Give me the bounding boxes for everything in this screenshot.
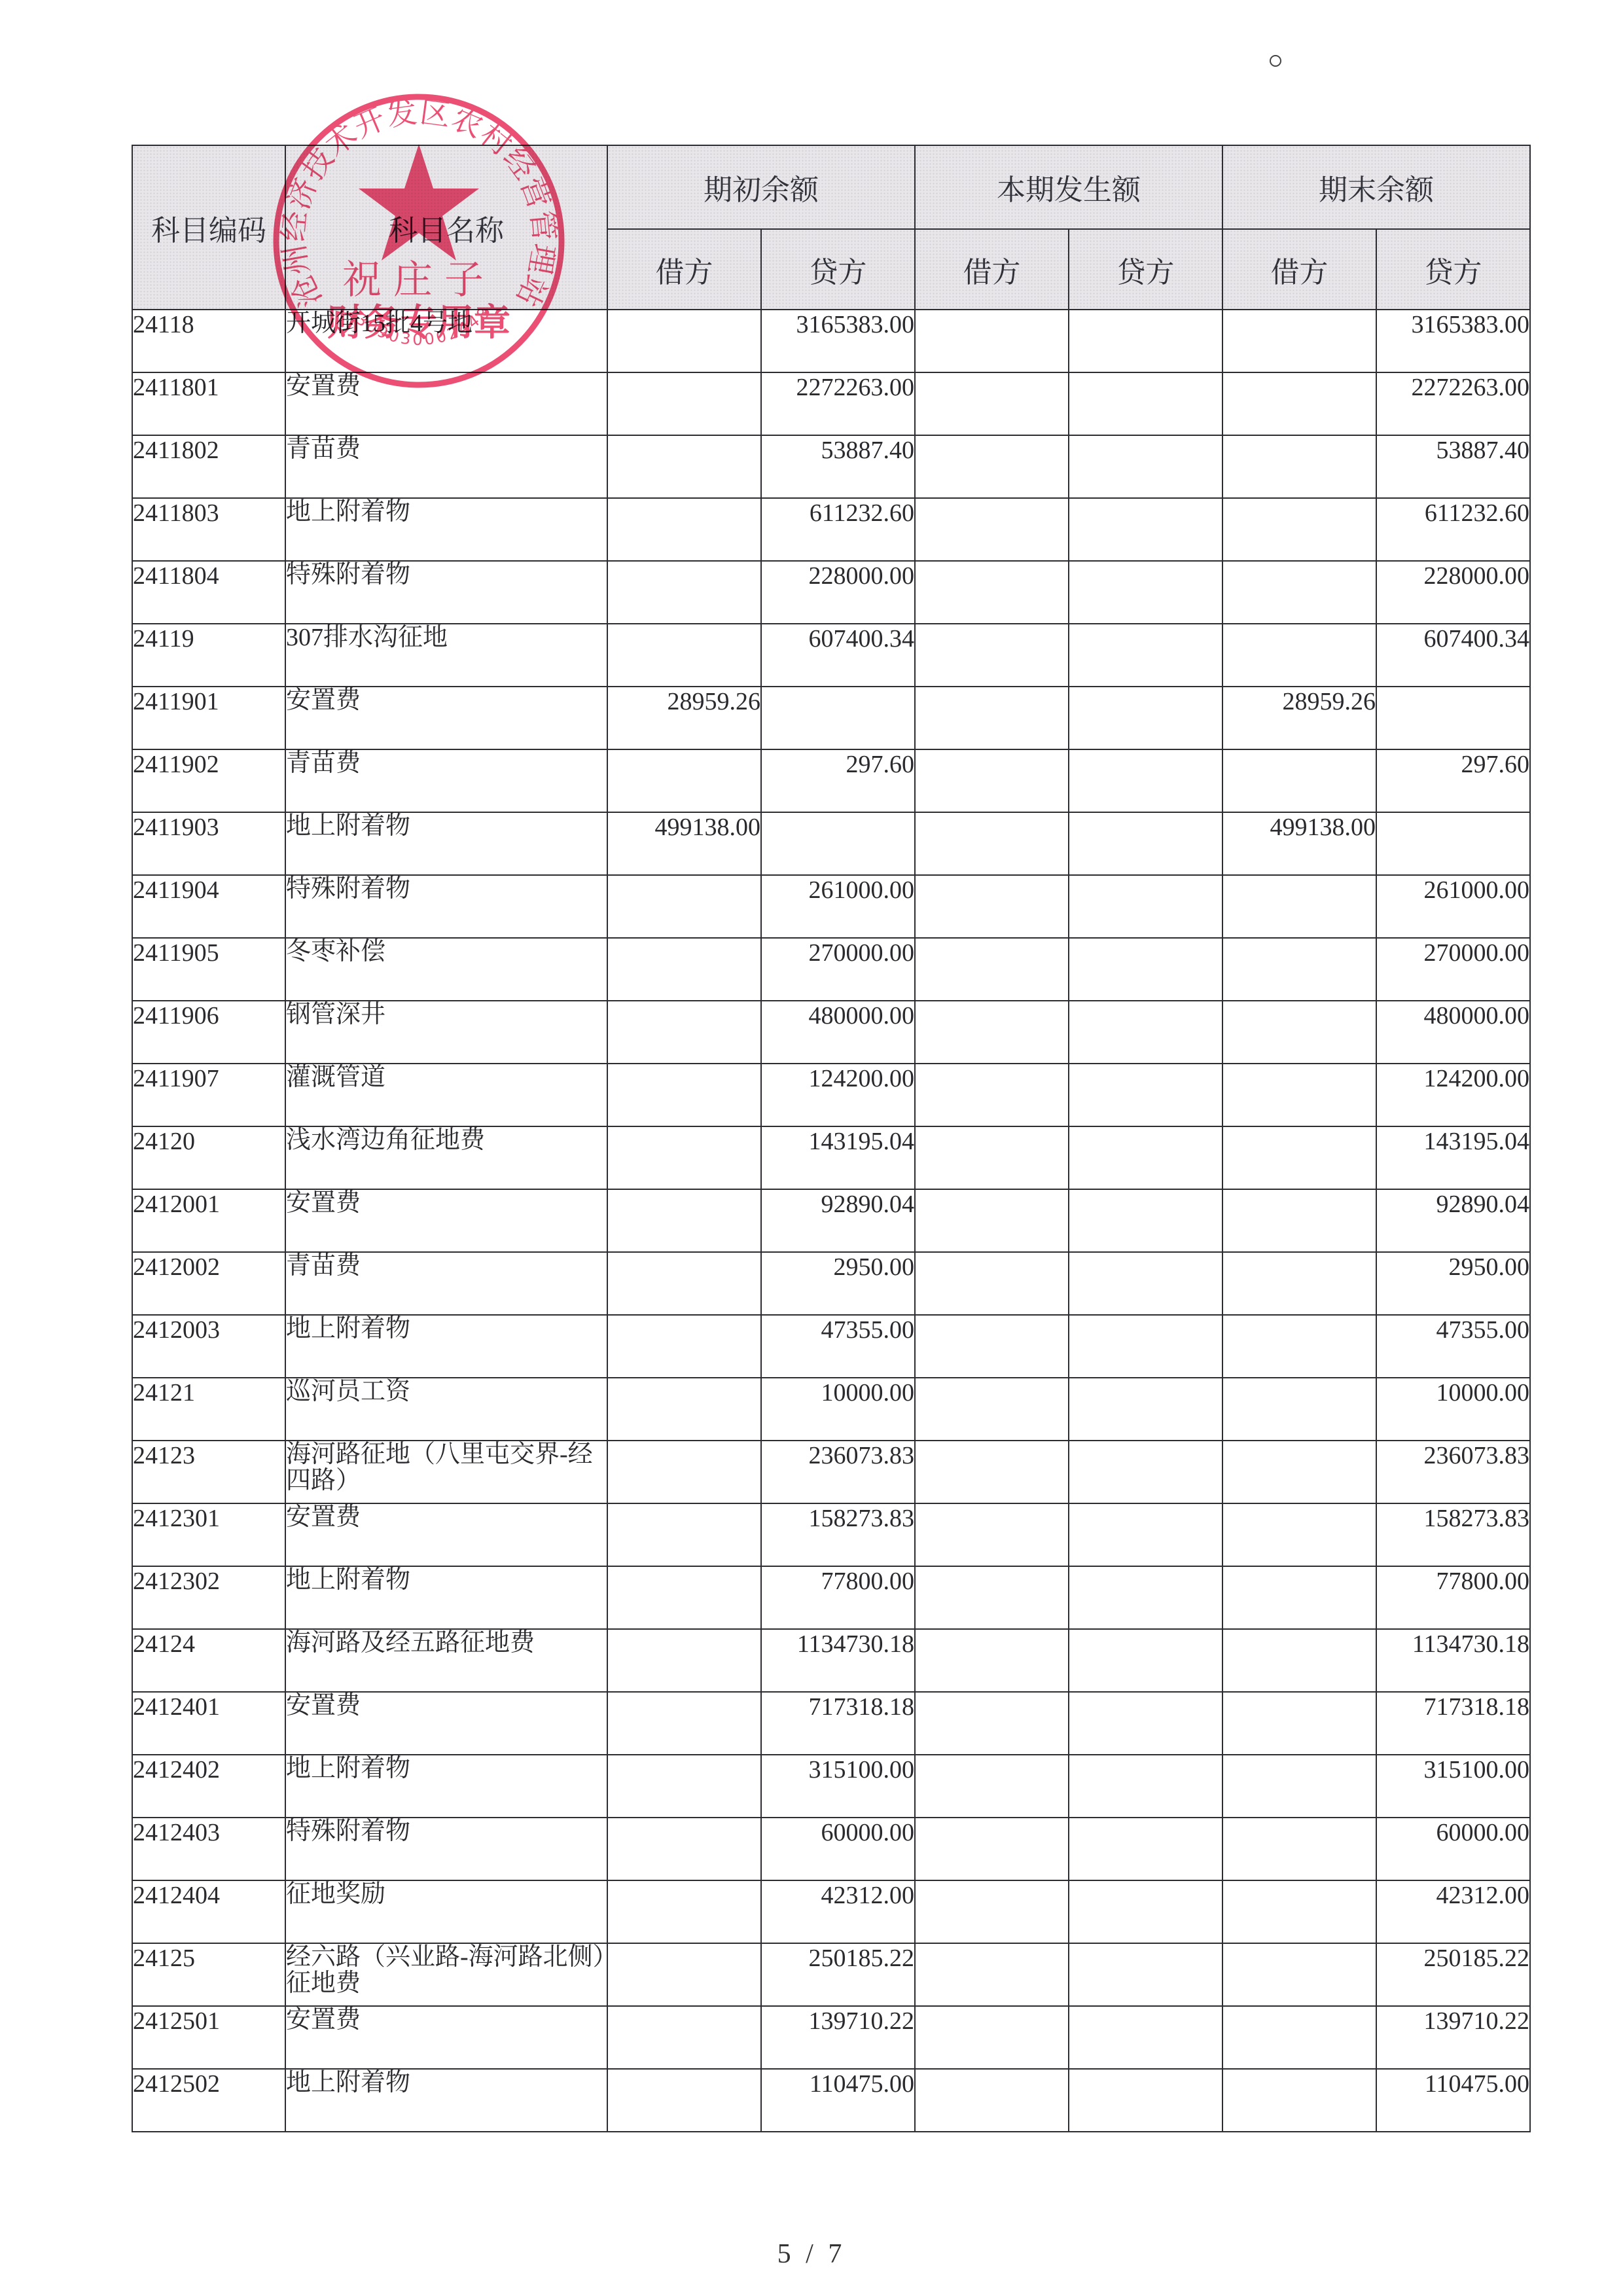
header-opening-credit: 贷方 (761, 229, 915, 310)
opening-credit-cell: 2950.00 (761, 1252, 915, 1315)
table-row: 2412002青苗费2950.002950.00 (132, 1252, 1530, 1315)
opening-credit-cell: 92890.04 (761, 1189, 915, 1252)
current-debit-cell (915, 875, 1069, 938)
current-credit-cell (1069, 1315, 1222, 1378)
account-name-cell: 特殊附着物 (285, 1818, 607, 1880)
current-credit-cell (1069, 2069, 1222, 2132)
closing-debit-cell (1222, 624, 1376, 687)
closing-credit-cell: 250185.22 (1376, 1943, 1530, 2006)
opening-debit-cell (607, 1503, 761, 1566)
account-name-cell: 浅水湾边角征地费 (285, 1126, 607, 1189)
header-opening-balance: 期初余额 (607, 145, 915, 229)
closing-debit-cell (1222, 1880, 1376, 1943)
opening-debit-cell (607, 1629, 761, 1692)
account-name-cell: 青苗费 (285, 435, 607, 498)
opening-debit-cell (607, 1001, 761, 1064)
opening-debit-cell (607, 1818, 761, 1880)
account-code-cell: 2411903 (132, 812, 285, 875)
current-credit-cell (1069, 1126, 1222, 1189)
current-debit-cell (915, 1818, 1069, 1880)
closing-credit-cell: 47355.00 (1376, 1315, 1530, 1378)
opening-credit-cell: 10000.00 (761, 1378, 915, 1441)
closing-credit-cell: 10000.00 (1376, 1378, 1530, 1441)
opening-debit-cell (607, 1880, 761, 1943)
current-credit-cell (1069, 812, 1222, 875)
closing-credit-cell: 110475.00 (1376, 2069, 1530, 2132)
current-credit-cell (1069, 749, 1222, 812)
table-row: 2411803地上附着物611232.60611232.60 (132, 498, 1530, 561)
opening-credit-cell: 297.60 (761, 749, 915, 812)
current-credit-cell (1069, 1755, 1222, 1818)
current-credit-cell (1069, 1189, 1222, 1252)
current-credit-cell (1069, 1818, 1222, 1880)
opening-debit-cell (607, 624, 761, 687)
page-number: 5 / 7 (0, 2238, 1623, 2270)
account-name-cell: 海河路及经五路征地费 (285, 1629, 607, 1692)
table-row: 24120浅水湾边角征地费143195.04143195.04 (132, 1126, 1530, 1189)
header-opening-debit: 借方 (607, 229, 761, 310)
account-code-cell: 2411907 (132, 1064, 285, 1126)
closing-debit-cell (1222, 1629, 1376, 1692)
current-debit-cell (915, 2069, 1069, 2132)
opening-debit-cell (607, 1064, 761, 1126)
account-name-cell: 安置费 (285, 372, 607, 435)
closing-credit-cell: 2950.00 (1376, 1252, 1530, 1315)
current-debit-cell (915, 1378, 1069, 1441)
current-debit-cell (915, 310, 1069, 372)
closing-debit-cell: 499138.00 (1222, 812, 1376, 875)
opening-credit-cell: 139710.22 (761, 2006, 915, 2069)
table-row: 2412404征地奖励42312.0042312.00 (132, 1880, 1530, 1943)
closing-debit-cell (1222, 1189, 1376, 1252)
closing-credit-cell: 42312.00 (1376, 1880, 1530, 1943)
current-credit-cell (1069, 1692, 1222, 1755)
current-credit-cell (1069, 624, 1222, 687)
closing-credit-cell: 228000.00 (1376, 561, 1530, 624)
account-code-cell: 24118 (132, 310, 285, 372)
opening-credit-cell: 158273.83 (761, 1503, 915, 1566)
closing-debit-cell (1222, 1566, 1376, 1629)
header-closing-credit: 贷方 (1376, 229, 1530, 310)
closing-debit-cell (1222, 1503, 1376, 1566)
table-row: 24118开城街15批4号地3165383.003165383.00 (132, 310, 1530, 372)
opening-credit-cell: 270000.00 (761, 938, 915, 1001)
opening-debit-cell (607, 1692, 761, 1755)
current-credit-cell (1069, 372, 1222, 435)
closing-debit-cell (1222, 1441, 1376, 1503)
opening-credit-cell: 261000.00 (761, 875, 915, 938)
account-name-cell: 钢管深井 (285, 1001, 607, 1064)
account-name-cell: 安置费 (285, 2006, 607, 2069)
header-current-debit: 借方 (915, 229, 1069, 310)
current-credit-cell (1069, 1252, 1222, 1315)
current-credit-cell (1069, 310, 1222, 372)
closing-credit-cell: 480000.00 (1376, 1001, 1530, 1064)
closing-debit-cell (1222, 1064, 1376, 1126)
closing-credit-cell: 236073.83 (1376, 1441, 1530, 1503)
account-name-cell: 青苗费 (285, 1252, 607, 1315)
current-debit-cell (915, 1629, 1069, 1692)
closing-debit-cell (1222, 1818, 1376, 1880)
closing-debit-cell: 28959.26 (1222, 687, 1376, 749)
table-row: 2411907灌溉管道124200.00124200.00 (132, 1064, 1530, 1126)
closing-debit-cell (1222, 938, 1376, 1001)
closing-credit-cell (1376, 687, 1530, 749)
account-name-cell: 灌溉管道 (285, 1064, 607, 1126)
account-code-cell: 2412502 (132, 2069, 285, 2132)
closing-debit-cell (1222, 1126, 1376, 1189)
opening-credit-cell (761, 687, 915, 749)
current-debit-cell (915, 1880, 1069, 1943)
opening-credit-cell: 2272263.00 (761, 372, 915, 435)
closing-credit-cell: 611232.60 (1376, 498, 1530, 561)
account-code-cell: 2411801 (132, 372, 285, 435)
account-code-cell: 2412003 (132, 1315, 285, 1378)
corner-circle-mark (1270, 55, 1281, 67)
opening-credit-cell: 480000.00 (761, 1001, 915, 1064)
current-credit-cell (1069, 1629, 1222, 1692)
current-debit-cell (915, 1001, 1069, 1064)
opening-debit-cell (607, 2006, 761, 2069)
current-debit-cell (915, 1566, 1069, 1629)
account-code-cell: 2411804 (132, 561, 285, 624)
current-credit-cell (1069, 561, 1222, 624)
opening-credit-cell: 53887.40 (761, 435, 915, 498)
current-debit-cell (915, 1252, 1069, 1315)
closing-debit-cell (1222, 1252, 1376, 1315)
opening-debit-cell (607, 875, 761, 938)
opening-debit-cell: 499138.00 (607, 812, 761, 875)
account-code-cell: 24125 (132, 1943, 285, 2006)
opening-debit-cell: 28959.26 (607, 687, 761, 749)
account-code-cell: 2411906 (132, 1001, 285, 1064)
current-debit-cell (915, 1441, 1069, 1503)
current-credit-cell (1069, 938, 1222, 1001)
table-row: 2411902青苗费297.60297.60 (132, 749, 1530, 812)
header-closing-debit: 借方 (1222, 229, 1376, 310)
table-row: 2411903地上附着物499138.00499138.00 (132, 812, 1530, 875)
opening-debit-cell (607, 1315, 761, 1378)
account-name-cell: 地上附着物 (285, 812, 607, 875)
table-row: 2412003地上附着物47355.0047355.00 (132, 1315, 1530, 1378)
current-credit-cell (1069, 875, 1222, 938)
current-debit-cell (915, 812, 1069, 875)
current-credit-cell (1069, 1943, 1222, 2006)
opening-credit-cell: 607400.34 (761, 624, 915, 687)
closing-debit-cell (1222, 2069, 1376, 2132)
opening-debit-cell (607, 1126, 761, 1189)
table-row: 2411801安置费2272263.002272263.00 (132, 372, 1530, 435)
account-name-cell: 地上附着物 (285, 1315, 607, 1378)
current-debit-cell (915, 1064, 1069, 1126)
opening-debit-cell (607, 1566, 761, 1629)
current-credit-cell (1069, 1378, 1222, 1441)
closing-debit-cell (1222, 1755, 1376, 1818)
account-code-cell: 2412402 (132, 1755, 285, 1818)
table-body: 24118开城街15批4号地3165383.003165383.00241180… (132, 310, 1530, 2132)
account-code-cell: 24124 (132, 1629, 285, 1692)
account-code-cell: 24121 (132, 1378, 285, 1441)
current-debit-cell (915, 624, 1069, 687)
account-code-cell: 2412403 (132, 1818, 285, 1880)
table-row: 2411901安置费28959.2628959.26 (132, 687, 1530, 749)
header-current-credit: 贷方 (1069, 229, 1222, 310)
current-credit-cell (1069, 1441, 1222, 1503)
current-debit-cell (915, 1315, 1069, 1378)
table-row: 2412401安置费717318.18717318.18 (132, 1692, 1530, 1755)
account-name-cell: 地上附着物 (285, 2069, 607, 2132)
opening-debit-cell (607, 310, 761, 372)
header-account-code: 科目编码 (132, 145, 285, 310)
closing-credit-cell: 158273.83 (1376, 1503, 1530, 1566)
header-current-period: 本期发生额 (915, 145, 1222, 229)
current-debit-cell (915, 687, 1069, 749)
opening-credit-cell: 60000.00 (761, 1818, 915, 1880)
closing-debit-cell (1222, 875, 1376, 938)
table-row: 2412001安置费92890.0492890.04 (132, 1189, 1530, 1252)
closing-credit-cell: 77800.00 (1376, 1566, 1530, 1629)
header-closing-balance: 期末余额 (1222, 145, 1530, 229)
closing-credit-cell: 92890.04 (1376, 1189, 1530, 1252)
closing-debit-cell (1222, 749, 1376, 812)
opening-credit-cell: 3165383.00 (761, 310, 915, 372)
current-debit-cell (915, 1503, 1069, 1566)
account-code-cell: 24119 (132, 624, 285, 687)
closing-credit-cell: 297.60 (1376, 749, 1530, 812)
account-name-cell: 海河路征地（八里屯交界-经四路） (285, 1441, 607, 1503)
opening-credit-cell: 110475.00 (761, 2069, 915, 2132)
current-credit-cell (1069, 687, 1222, 749)
account-code-cell: 2411904 (132, 875, 285, 938)
account-code-cell: 24120 (132, 1126, 285, 1189)
current-debit-cell (915, 372, 1069, 435)
account-name-cell: 安置费 (285, 1692, 607, 1755)
account-name-cell: 特殊附着物 (285, 561, 607, 624)
account-code-cell: 2411905 (132, 938, 285, 1001)
account-name-cell: 特殊附着物 (285, 875, 607, 938)
opening-credit-cell: 42312.00 (761, 1880, 915, 1943)
account-code-cell: 2412501 (132, 2006, 285, 2069)
account-code-cell: 24123 (132, 1441, 285, 1503)
opening-debit-cell (607, 372, 761, 435)
account-code-cell: 2411803 (132, 498, 285, 561)
current-credit-cell (1069, 1566, 1222, 1629)
closing-debit-cell (1222, 1315, 1376, 1378)
closing-debit-cell (1222, 435, 1376, 498)
account-code-cell: 2412001 (132, 1189, 285, 1252)
table-row: 2411904特殊附着物261000.00261000.00 (132, 875, 1530, 938)
closing-credit-cell: 60000.00 (1376, 1818, 1530, 1880)
closing-debit-cell (1222, 310, 1376, 372)
closing-debit-cell (1222, 2006, 1376, 2069)
closing-debit-cell (1222, 372, 1376, 435)
account-name-cell: 安置费 (285, 1503, 607, 1566)
account-name-cell: 征地奖励 (285, 1880, 607, 1943)
current-debit-cell (915, 435, 1069, 498)
closing-credit-cell: 3165383.00 (1376, 310, 1530, 372)
account-name-cell: 经六路（兴业路-海河路北侧）征地费 (285, 1943, 607, 2006)
closing-credit-cell: 717318.18 (1376, 1692, 1530, 1755)
current-debit-cell (915, 938, 1069, 1001)
opening-credit-cell: 228000.00 (761, 561, 915, 624)
table-row: 2412402地上附着物315100.00315100.00 (132, 1755, 1530, 1818)
closing-credit-cell: 1134730.18 (1376, 1629, 1530, 1692)
opening-debit-cell (607, 938, 761, 1001)
opening-debit-cell (607, 1943, 761, 2006)
table-row: 2411906钢管深井480000.00480000.00 (132, 1001, 1530, 1064)
account-name-cell: 开城街15批4号地 (285, 310, 607, 372)
opening-debit-cell (607, 749, 761, 812)
current-credit-cell (1069, 1503, 1222, 1566)
account-name-cell: 安置费 (285, 687, 607, 749)
opening-debit-cell (607, 1755, 761, 1818)
account-code-cell: 2412302 (132, 1566, 285, 1629)
account-name-cell: 地上附着物 (285, 1755, 607, 1818)
opening-credit-cell: 236073.83 (761, 1441, 915, 1503)
opening-credit-cell (761, 812, 915, 875)
closing-debit-cell (1222, 1943, 1376, 2006)
opening-credit-cell: 143195.04 (761, 1126, 915, 1189)
closing-credit-cell: 261000.00 (1376, 875, 1530, 938)
closing-debit-cell (1222, 1001, 1376, 1064)
account-name-cell: 青苗费 (285, 749, 607, 812)
account-code-cell: 2411901 (132, 687, 285, 749)
closing-credit-cell: 315100.00 (1376, 1755, 1530, 1818)
current-credit-cell (1069, 1064, 1222, 1126)
current-debit-cell (915, 749, 1069, 812)
opening-credit-cell: 611232.60 (761, 498, 915, 561)
table-row: 2412502地上附着物110475.00110475.00 (132, 2069, 1530, 2132)
opening-debit-cell (607, 1378, 761, 1441)
opening-credit-cell: 717318.18 (761, 1692, 915, 1755)
table-row: 2412301安置费158273.83158273.83 (132, 1503, 1530, 1566)
current-credit-cell (1069, 2006, 1222, 2069)
table-row: 2412501安置费139710.22139710.22 (132, 2006, 1530, 2069)
closing-credit-cell (1376, 812, 1530, 875)
closing-credit-cell: 143195.04 (1376, 1126, 1530, 1189)
closing-credit-cell: 124200.00 (1376, 1064, 1530, 1126)
current-debit-cell (915, 2006, 1069, 2069)
account-code-cell: 2412301 (132, 1503, 285, 1566)
opening-credit-cell: 124200.00 (761, 1064, 915, 1126)
current-debit-cell (915, 1943, 1069, 2006)
closing-credit-cell: 607400.34 (1376, 624, 1530, 687)
account-code-cell: 2411802 (132, 435, 285, 498)
opening-credit-cell: 250185.22 (761, 1943, 915, 2006)
current-debit-cell (915, 498, 1069, 561)
account-name-cell: 307排水沟征地 (285, 624, 607, 687)
opening-debit-cell (607, 1189, 761, 1252)
account-name-cell: 地上附着物 (285, 498, 607, 561)
header-account-name: 科目名称 (285, 145, 607, 310)
table-row: 24123海河路征地（八里屯交界-经四路）236073.83236073.83 (132, 1441, 1530, 1503)
opening-debit-cell (607, 561, 761, 624)
current-debit-cell (915, 561, 1069, 624)
table-row: 24125经六路（兴业路-海河路北侧）征地费250185.22250185.22 (132, 1943, 1530, 2006)
current-debit-cell (915, 1126, 1069, 1189)
table-row: 2411905冬枣补偿270000.00270000.00 (132, 938, 1530, 1001)
account-name-cell: 地上附着物 (285, 1566, 607, 1629)
account-name-cell: 安置费 (285, 1189, 607, 1252)
opening-debit-cell (607, 2069, 761, 2132)
table-row: 24119307排水沟征地607400.34607400.34 (132, 624, 1530, 687)
closing-debit-cell (1222, 1692, 1376, 1755)
closing-credit-cell: 53887.40 (1376, 435, 1530, 498)
opening-credit-cell: 47355.00 (761, 1315, 915, 1378)
table-row: 24124海河路及经五路征地费1134730.181134730.18 (132, 1629, 1530, 1692)
account-code-cell: 2412002 (132, 1252, 285, 1315)
closing-debit-cell (1222, 561, 1376, 624)
table-row: 2411802青苗费53887.4053887.40 (132, 435, 1530, 498)
current-credit-cell (1069, 498, 1222, 561)
current-debit-cell (915, 1755, 1069, 1818)
closing-credit-cell: 270000.00 (1376, 938, 1530, 1001)
current-credit-cell (1069, 435, 1222, 498)
account-code-cell: 2412404 (132, 1880, 285, 1943)
table-row: 2412302地上附着物77800.0077800.00 (132, 1566, 1530, 1629)
closing-debit-cell (1222, 498, 1376, 561)
opening-debit-cell (607, 1441, 761, 1503)
account-name-cell: 冬枣补偿 (285, 938, 607, 1001)
account-code-cell: 2412401 (132, 1692, 285, 1755)
current-credit-cell (1069, 1880, 1222, 1943)
current-credit-cell (1069, 1001, 1222, 1064)
account-code-cell: 2411902 (132, 749, 285, 812)
opening-credit-cell: 315100.00 (761, 1755, 915, 1818)
table-row: 24121巡河员工资10000.0010000.00 (132, 1378, 1530, 1441)
table-row: 2412403特殊附着物60000.0060000.00 (132, 1818, 1530, 1880)
current-debit-cell (915, 1692, 1069, 1755)
closing-credit-cell: 2272263.00 (1376, 372, 1530, 435)
table-row: 2411804特殊附着物228000.00228000.00 (132, 561, 1530, 624)
opening-debit-cell (607, 435, 761, 498)
opening-debit-cell (607, 1252, 761, 1315)
opening-credit-cell: 1134730.18 (761, 1629, 915, 1692)
closing-debit-cell (1222, 1378, 1376, 1441)
account-balance-table: 科目编码 科目名称 期初余额 本期发生额 期末余额 借方 贷方 借方 贷方 借方… (132, 145, 1531, 2132)
closing-credit-cell: 139710.22 (1376, 2006, 1530, 2069)
account-name-cell: 巡河员工资 (285, 1378, 607, 1441)
current-debit-cell (915, 1189, 1069, 1252)
opening-credit-cell: 77800.00 (761, 1566, 915, 1629)
opening-debit-cell (607, 498, 761, 561)
